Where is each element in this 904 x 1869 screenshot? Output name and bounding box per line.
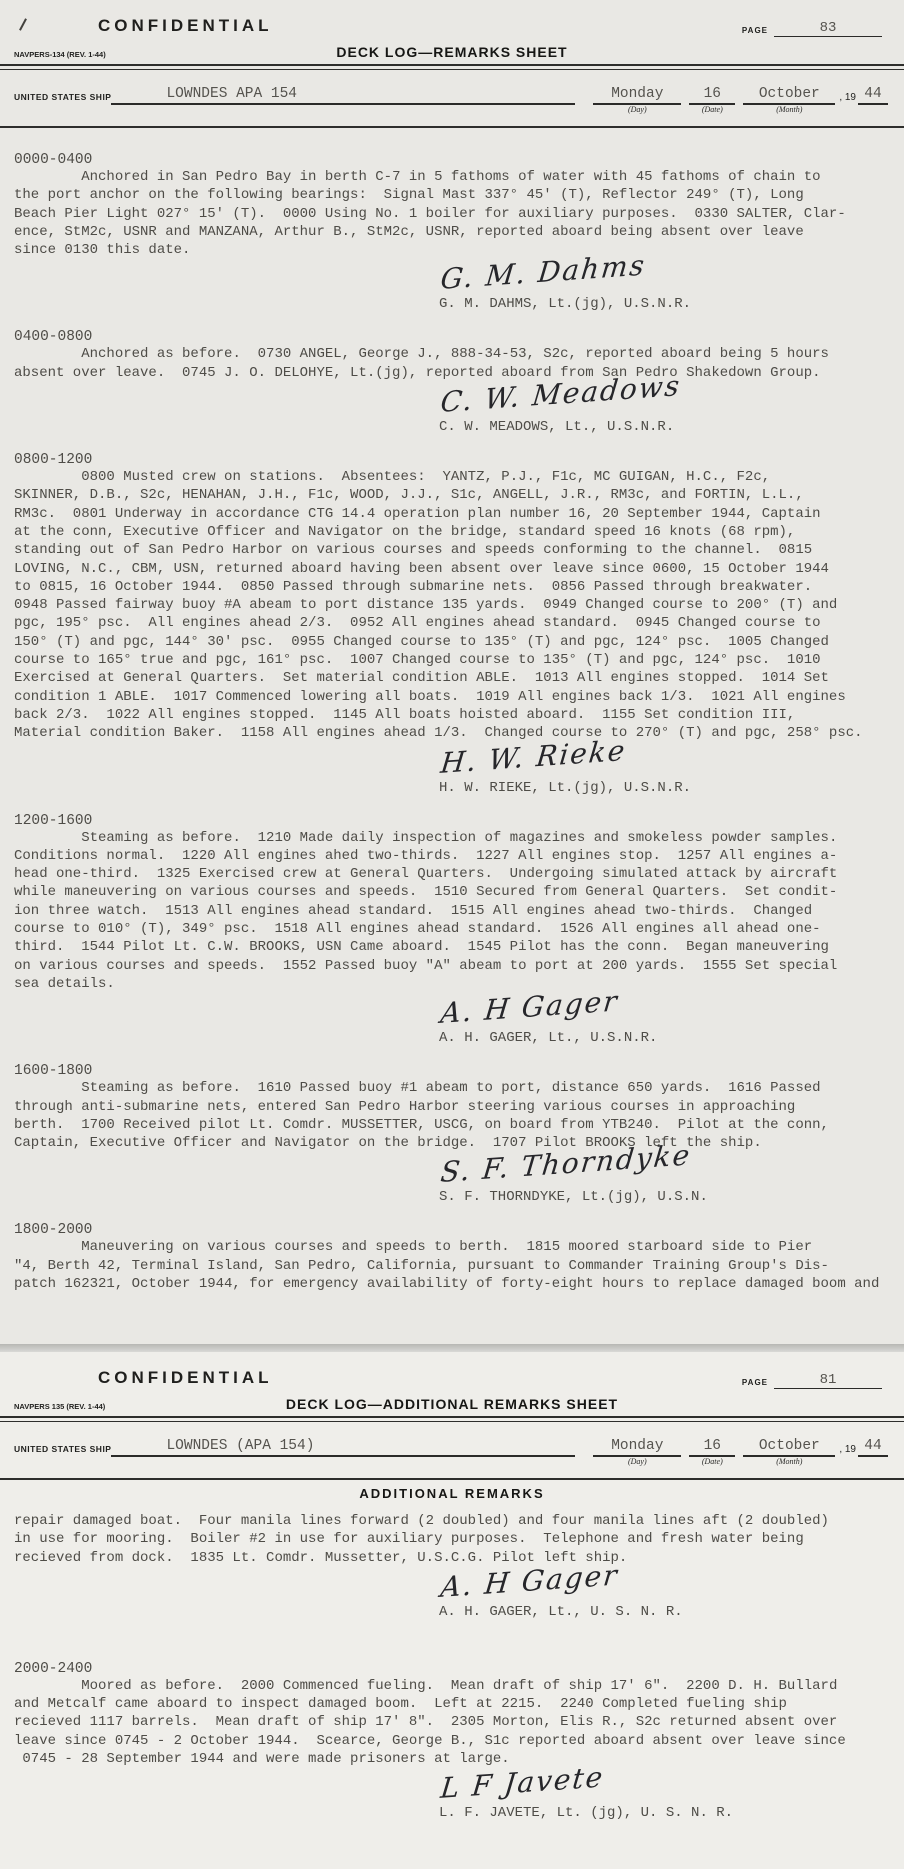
ship-and-date-row: UNITED STATES SHIP LOWNDES APA 154 Monda… xyxy=(14,86,888,105)
signature-block: A. H Gager A. H. GAGER, Lt., U. S. N. R. xyxy=(14,1571,892,1627)
signature-typed: C. W. MEADOWS, Lt., U.S.N.R. xyxy=(439,419,892,435)
day-field: Monday(Day) xyxy=(593,1438,681,1457)
year-field: 44 xyxy=(858,1438,888,1457)
signature-typed: L. F. JAVETE, Lt. (jg), U. S. N. R. xyxy=(439,1805,892,1821)
signature-typed: S. F. THORNDYKE, Lt.(jg), U.S.N. xyxy=(439,1189,892,1205)
ship-name-field: LOWNDES (APA 154) xyxy=(111,1438,575,1457)
log-entry: repair damaged boat. Four manila lines f… xyxy=(14,1512,892,1627)
form-title: DECK LOG—REMARKS SHEET xyxy=(0,44,904,60)
form-title: DECK LOG—ADDITIONAL REMARKS SHEET xyxy=(0,1396,904,1412)
page-label: PAGE xyxy=(742,26,768,37)
date-caption: (Date) xyxy=(689,1455,735,1466)
month-value: October xyxy=(759,1438,820,1454)
entry-time-range: 0000-0400 xyxy=(14,152,892,168)
month-caption: (Month) xyxy=(743,1455,835,1466)
day-caption: (Day) xyxy=(593,1455,681,1466)
ship-label: UNITED STATES SHIP xyxy=(14,92,111,105)
day-caption: (Day) xyxy=(593,103,681,114)
signature-typed: A. H. GAGER, Lt., U. S. N. R. xyxy=(439,1604,892,1620)
month-value: October xyxy=(759,86,820,102)
section-title: ADDITIONAL REMARKS xyxy=(0,1486,904,1501)
deck-log-remarks-sheet: CONFIDENTIAL PAGE 83 NAVPERS-134 (REV. 1… xyxy=(0,0,904,1344)
header-double-rule xyxy=(0,64,904,70)
log-entry: 1600-1800 Steaming as before. 1610 Passe… xyxy=(14,1063,892,1212)
log-entry: 1800-2000 Maneuvering on various courses… xyxy=(14,1222,892,1293)
year-prefix: , 19 xyxy=(835,1444,858,1457)
log-entries: repair damaged boat. Four manila lines f… xyxy=(14,1512,892,1830)
ship-label: UNITED STATES SHIP xyxy=(14,1444,111,1457)
entry-text: Steaming as before. 1210 Made daily insp… xyxy=(14,829,892,994)
month-field: October(Month) xyxy=(743,1438,835,1457)
day-value: Monday xyxy=(611,1438,663,1454)
signature-typed: G. M. DAHMS, Lt.(jg), U.S.N.R. xyxy=(439,296,892,312)
ship-and-date-row: UNITED STATES SHIP LOWNDES (APA 154) Mon… xyxy=(14,1438,888,1457)
sheet-edge-shadow xyxy=(0,1344,904,1352)
signature-block: L F Javete L. F. JAVETE, Lt. (jg), U. S.… xyxy=(14,1772,892,1828)
deck-log-additional-remarks-sheet: CONFIDENTIAL PAGE 81 NAVPERS 135 (REV. 1… xyxy=(0,1352,904,1869)
entry-time-range: 1200-1600 xyxy=(14,813,892,829)
date-value: 16 xyxy=(704,86,721,102)
stray-pen-mark xyxy=(19,18,27,30)
log-entry: 0800-1200 0800 Musted crew on stations. … xyxy=(14,452,892,802)
entry-time-range: 0400-0800 xyxy=(14,329,892,345)
page-number: 83 xyxy=(774,20,882,37)
log-entry: 0400-0800 Anchored as before. 0730 ANGEL… xyxy=(14,329,892,442)
signature-block: C. W. Meadows C. W. MEADOWS, Lt., U.S.N.… xyxy=(14,386,892,442)
entry-time-range: 0800-1200 xyxy=(14,452,892,468)
page-number: 81 xyxy=(774,1372,882,1389)
header-bottom-rule xyxy=(0,1478,904,1480)
entry-time-range: 1600-1800 xyxy=(14,1063,892,1079)
page-number-field: PAGE 81 xyxy=(742,1372,882,1389)
day-field: Monday(Day) xyxy=(593,86,681,105)
entry-text: Maneuvering on various courses and speed… xyxy=(14,1238,892,1293)
signature-block: H. W. Rieke H. W. RIEKE, Lt.(jg), U.S.N.… xyxy=(14,747,892,803)
date-field: 16(Date) xyxy=(689,86,735,105)
log-entry: 2000-2400 Moored as before. 2000 Commenc… xyxy=(14,1661,892,1828)
day-value: Monday xyxy=(611,86,663,102)
date-value: 16 xyxy=(704,1438,721,1454)
signature-typed: H. W. RIEKE, Lt.(jg), U.S.N.R. xyxy=(439,780,892,796)
month-field: October(Month) xyxy=(743,86,835,105)
year-field: 44 xyxy=(858,86,888,105)
header-bottom-rule xyxy=(0,126,904,128)
header-double-rule xyxy=(0,1416,904,1422)
log-entry: 0000-0400 Anchored in San Pedro Bay in b… xyxy=(14,152,892,319)
log-entry: 1200-1600 Steaming as before. 1210 Made … xyxy=(14,813,892,1054)
page-number-field: PAGE 83 xyxy=(742,20,882,37)
entry-time-range: 1800-2000 xyxy=(14,1222,892,1238)
log-entries: 0000-0400 Anchored in San Pedro Bay in b… xyxy=(14,146,892,1293)
ship-name-field: LOWNDES APA 154 xyxy=(111,86,575,105)
year-prefix: , 19 xyxy=(835,92,858,105)
signature-block: A. H Gager A. H. GAGER, Lt., U.S.N.R. xyxy=(14,997,892,1053)
signature-typed: A. H. GAGER, Lt., U.S.N.R. xyxy=(439,1030,892,1046)
date-field: 16(Date) xyxy=(689,1438,735,1457)
entry-text: 0800 Musted crew on stations. Absentees:… xyxy=(14,468,892,742)
entry-time-range: 2000-2400 xyxy=(14,1661,892,1677)
signature-block: S. F. Thorndyke S. F. THORNDYKE, Lt.(jg)… xyxy=(14,1156,892,1212)
page-label: PAGE xyxy=(742,1378,768,1389)
month-caption: (Month) xyxy=(743,103,835,114)
classification-stamp: CONFIDENTIAL xyxy=(98,16,273,36)
signature-block: G. M. Dahms G. M. DAHMS, Lt.(jg), U.S.N.… xyxy=(14,263,892,319)
date-caption: (Date) xyxy=(689,103,735,114)
classification-stamp: CONFIDENTIAL xyxy=(98,1368,273,1388)
